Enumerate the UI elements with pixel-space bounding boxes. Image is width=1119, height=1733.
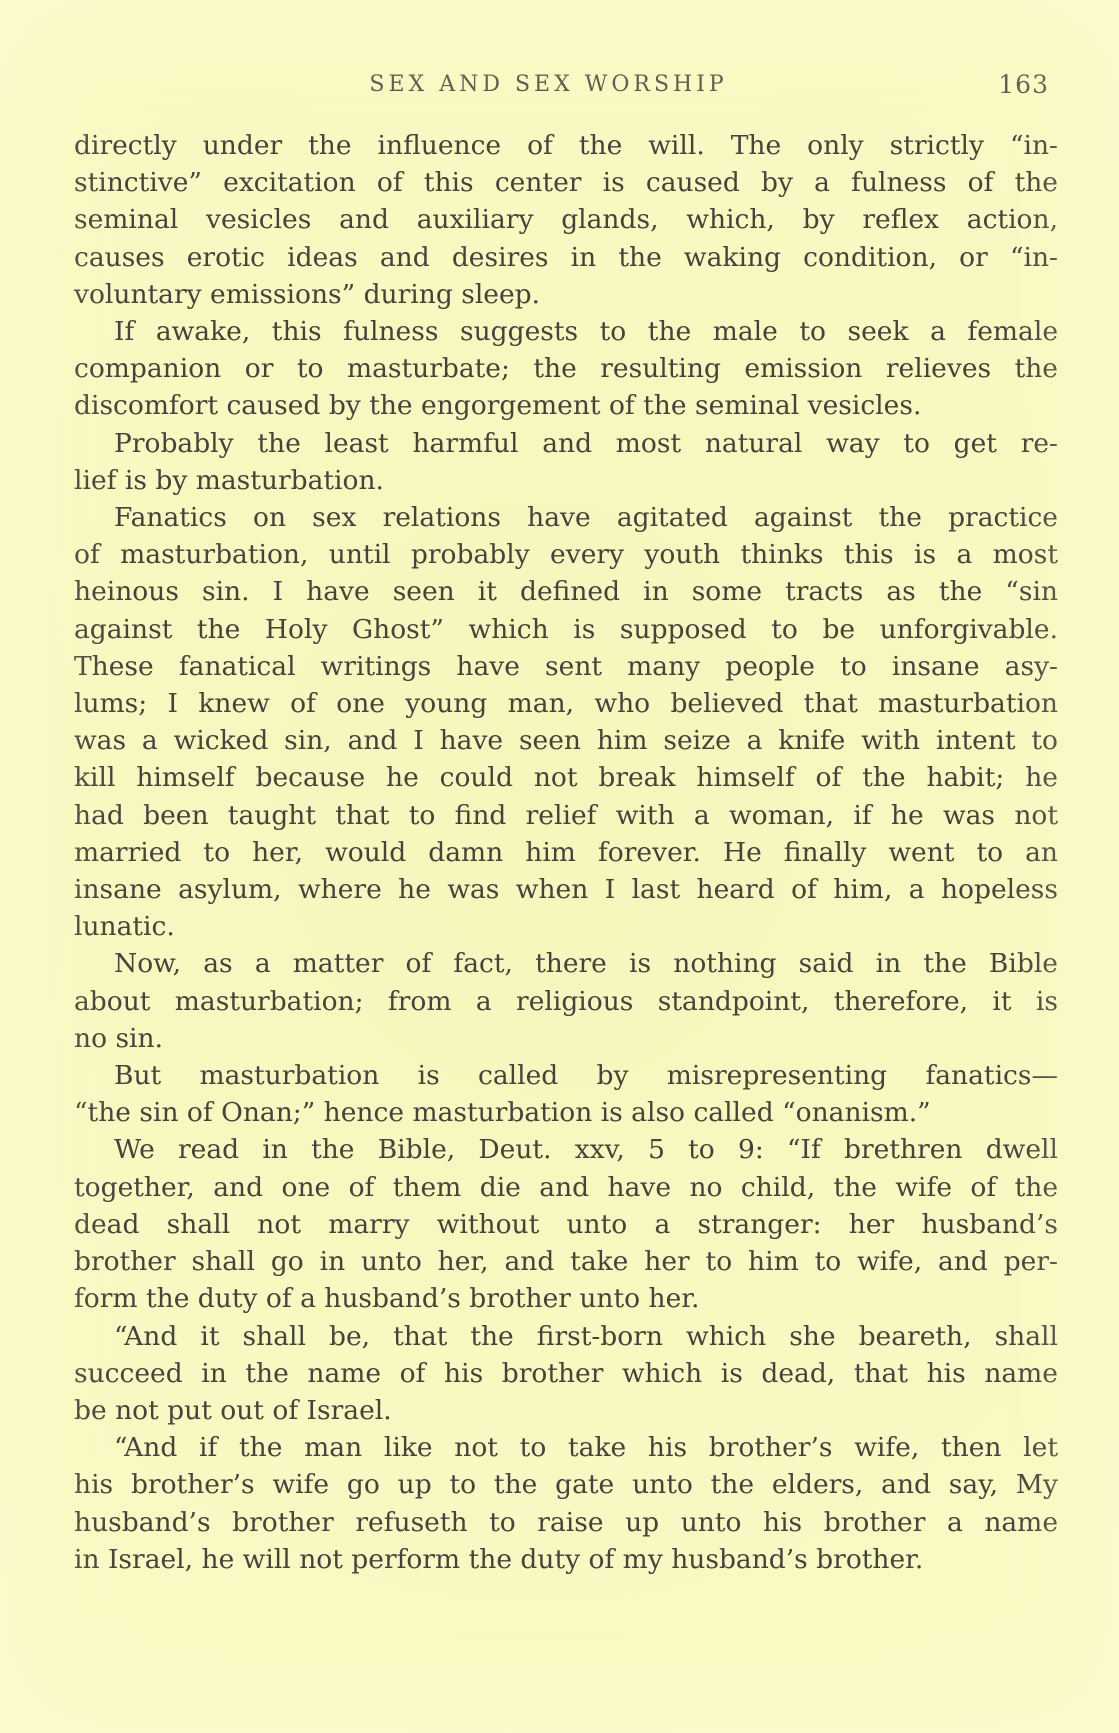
text-line: his brother’s wife go up to the gate unt… — [74, 1466, 1058, 1503]
book-page-scan: SEX AND SEX WORSHIP 163 directly under t… — [0, 0, 1119, 1733]
text-line: together, and one of them die and have n… — [74, 1169, 1058, 1206]
paragraph: “And it shall be, that the first-born wh… — [74, 1318, 1058, 1430]
text-line: form the duty of a husband’s brother unt… — [74, 1280, 1058, 1317]
paragraph: directly under the influence of the will… — [74, 127, 1058, 313]
paragraph: Probably the least harmful and most natu… — [74, 425, 1058, 499]
page-number: 163 — [998, 70, 1049, 99]
text-line: in Israel, he will not perform the duty … — [74, 1541, 1058, 1578]
text-line: Now, as a matter of fact, there is nothi… — [74, 945, 1058, 982]
text-line: married to her, would damn him forever. … — [74, 834, 1058, 871]
text-line: lunatic. — [74, 908, 1058, 945]
text-line: discomfort caused by the engorgement of … — [74, 387, 1058, 424]
text-line: We read in the Bible, Deut. xxv, 5 to 9:… — [74, 1131, 1058, 1168]
text-line: succeed in the name of his brother which… — [74, 1355, 1058, 1392]
text-line: causes erotic ideas and desires in the w… — [74, 239, 1058, 276]
paragraph: Fanatics on sex relations have agitated … — [74, 499, 1058, 945]
text-line: If awake, this fulness suggests to the m… — [74, 313, 1058, 350]
text-line: “And it shall be, that the first-born wh… — [74, 1318, 1058, 1355]
text-line: “the sin of Onan;” hence masturbation is… — [74, 1094, 1058, 1131]
paragraph: Now, as a matter of fact, there is nothi… — [74, 945, 1058, 1057]
text-line: about masturbation; from a religious sta… — [74, 983, 1058, 1020]
page-header: SEX AND SEX WORSHIP 163 — [74, 72, 1059, 104]
text-line: was a wicked sin, and I have seen him se… — [74, 722, 1058, 759]
text-line: kill himself because he could not break … — [74, 759, 1058, 796]
text-line: lums; I knew of one young man, who belie… — [74, 685, 1058, 722]
text-line: lief is by masturbation. — [74, 462, 1058, 499]
text-line: voluntary emissions” during sleep. — [74, 276, 1058, 313]
text-line: stinctive” excitation of this center is … — [74, 164, 1058, 201]
running-title: SEX AND SEX WORSHIP — [369, 72, 727, 97]
text-line: seminal vesicles and auxiliary glands, w… — [74, 201, 1058, 238]
paragraph: But masturbation is called by misreprese… — [74, 1057, 1058, 1131]
text-line: had been taught that to find relief with… — [74, 797, 1058, 834]
text-line: directly under the influence of the will… — [74, 127, 1058, 164]
paragraph: We read in the Bible, Deut. xxv, 5 to 9:… — [74, 1131, 1058, 1317]
text-line: of masturbation, until probably every yo… — [74, 536, 1058, 573]
text-line: be not put out of Israel. — [74, 1392, 1058, 1429]
text-line: But masturbation is called by misreprese… — [74, 1057, 1058, 1094]
text-line: “And if the man like not to take his bro… — [74, 1429, 1058, 1466]
page-body-text: directly under the influence of the will… — [74, 127, 1058, 1578]
text-line: dead shall not marry without unto a stra… — [74, 1206, 1058, 1243]
text-line: heinous sin. I have seen it defined in s… — [74, 573, 1058, 610]
text-line: Fanatics on sex relations have agitated … — [74, 499, 1058, 536]
text-line: no sin. — [74, 1020, 1058, 1057]
paragraph: “And if the man like not to take his bro… — [74, 1429, 1058, 1578]
text-line: These fanatical writings have sent many … — [74, 648, 1058, 685]
text-line: companion or to masturbate; the resultin… — [74, 350, 1058, 387]
text-line: insane asylum, where he was when I last … — [74, 871, 1058, 908]
text-line: brother shall go in unto her, and take h… — [74, 1243, 1058, 1280]
text-line: against the Holy Ghost” which is suppose… — [74, 611, 1058, 648]
text-line: Probably the least harmful and most natu… — [74, 425, 1058, 462]
text-line: husband’s brother refuseth to raise up u… — [74, 1504, 1058, 1541]
paragraph: If awake, this fulness suggests to the m… — [74, 313, 1058, 425]
